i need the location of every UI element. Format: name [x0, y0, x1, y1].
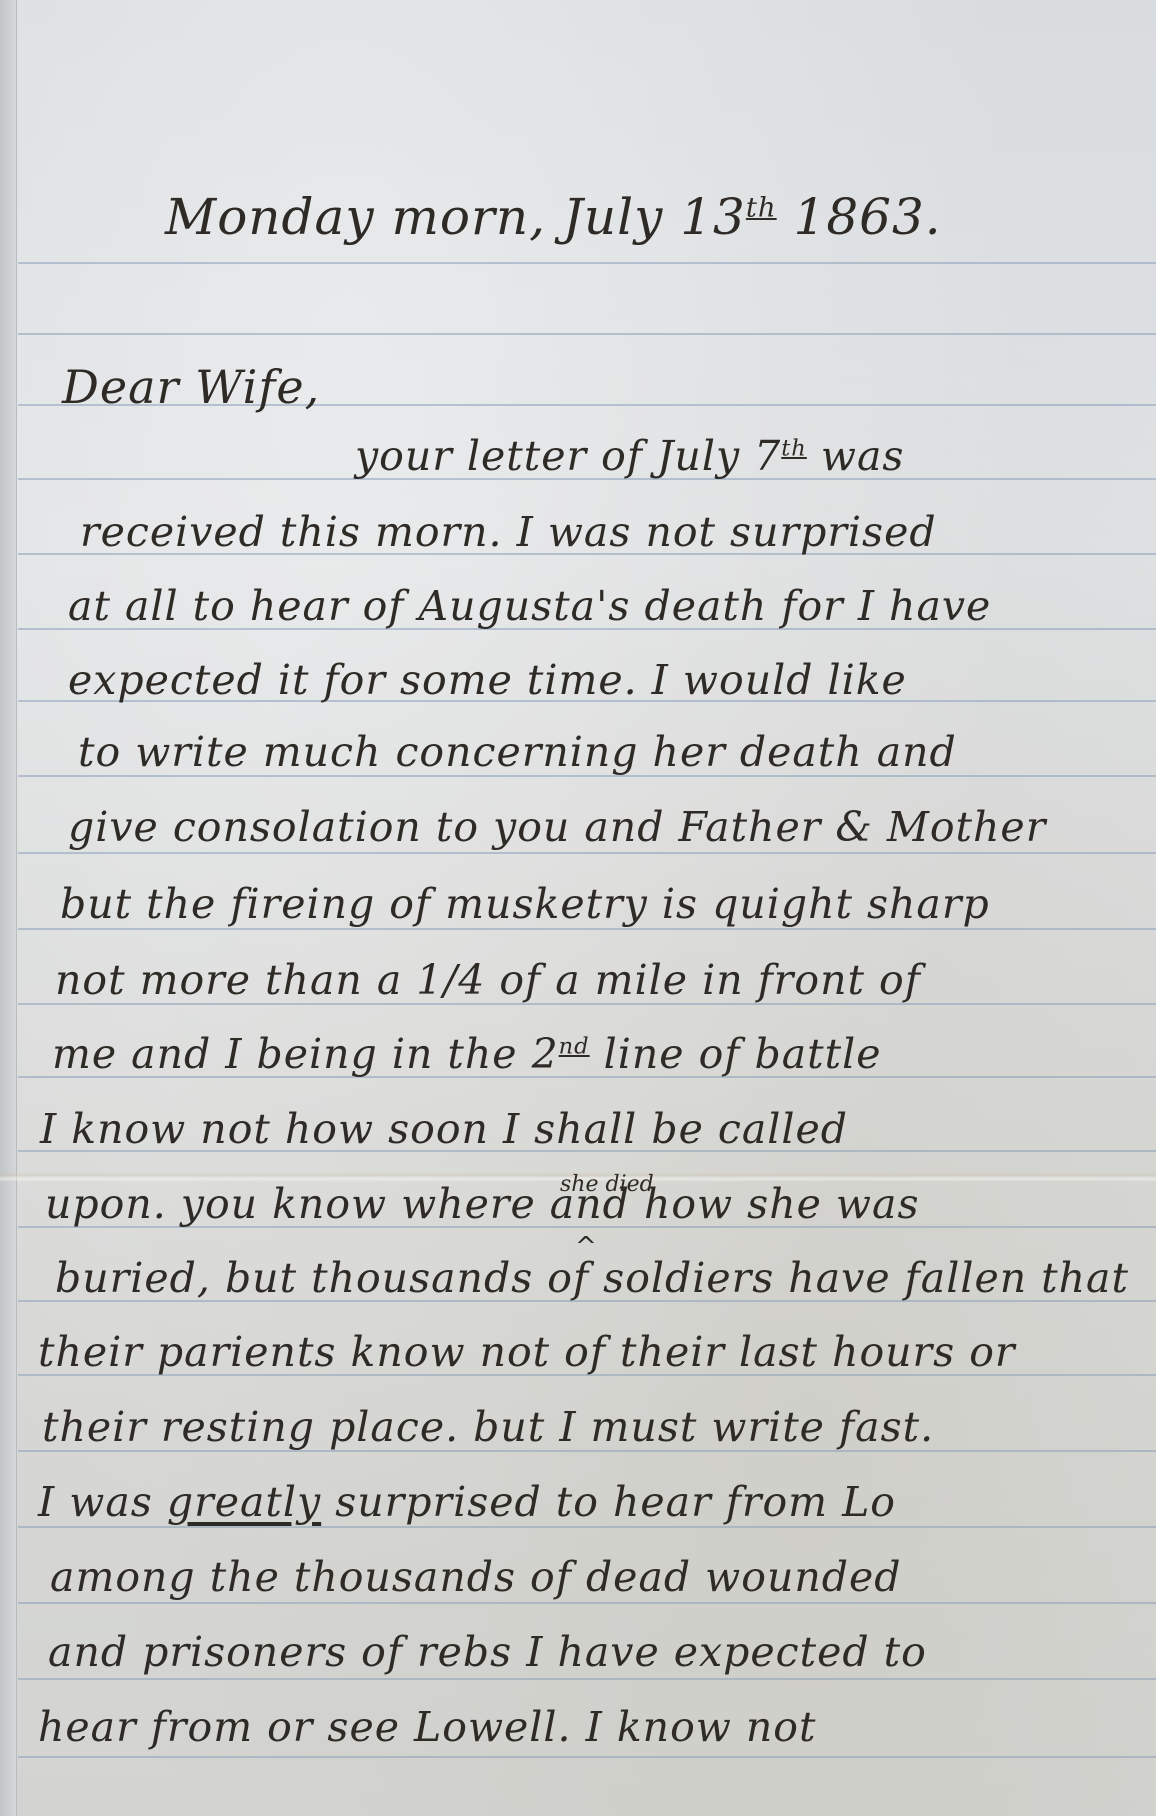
- body-line: and prisoners of rebs I have expected to: [48, 1628, 1156, 1676]
- letter-page: Monday morn, July 13th 1863. Dear Wife, …: [0, 0, 1156, 1816]
- body-line: upon. you know where and how she was: [45, 1180, 1156, 1228]
- ruled-line: [18, 1678, 1156, 1680]
- body-line: give consolation to you and Father & Mot…: [68, 803, 1156, 851]
- body-line: me and I being in the 2nd line of battle: [52, 1030, 1156, 1078]
- body-line: I know not how soon I shall be called: [40, 1105, 1156, 1153]
- dateline: Monday morn, July 13th 1863.: [165, 188, 1156, 246]
- body-line: at all to hear of Augusta's death for I …: [68, 582, 1156, 630]
- body-line: buried, but thousands of soldiers have f…: [55, 1254, 1156, 1302]
- body-line: to write much concerning her death and: [78, 728, 1156, 776]
- ruled-line: [18, 262, 1156, 264]
- ruled-line: [18, 1756, 1156, 1758]
- body-line: their parients know not of their last ho…: [38, 1328, 1156, 1376]
- body-line: received this morn. I was not surprised: [80, 508, 1156, 556]
- ruled-line: [18, 1526, 1156, 1528]
- ruled-line: [18, 928, 1156, 930]
- body-line: but the fireing of musketry is quight sh…: [60, 880, 1156, 928]
- body-line: I was greatly surprised to hear from Lo: [38, 1478, 1156, 1526]
- body-line: among the thousands of dead wounded: [50, 1553, 1156, 1601]
- salutation: Dear Wife,: [62, 360, 1156, 414]
- page-edge: [0, 0, 17, 1816]
- body-line: expected it for some time. I would like: [68, 656, 1156, 704]
- body-line: not more than a 1/4 of a mile in front o…: [55, 956, 1156, 1004]
- body-line: hear from or see Lowell. I know not: [38, 1703, 1156, 1751]
- ruled-line: [18, 1602, 1156, 1604]
- body-line: their resting place. but I must write fa…: [42, 1403, 1156, 1451]
- body-line: your letter of July 7th was: [355, 432, 1156, 480]
- ruled-line: [18, 852, 1156, 854]
- ruled-line: [18, 333, 1156, 335]
